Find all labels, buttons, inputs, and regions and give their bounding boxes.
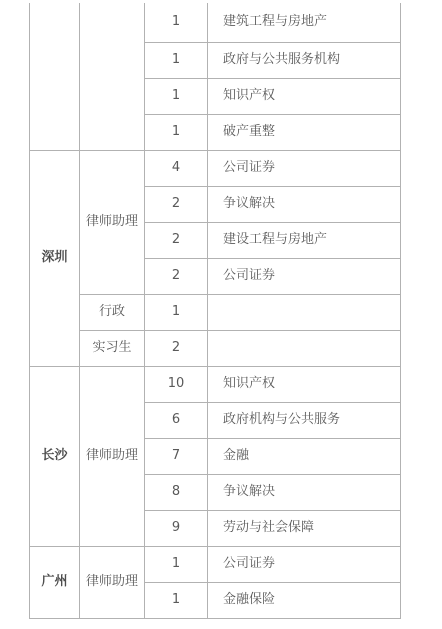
count-cell: 2 xyxy=(145,330,208,366)
count-cell: 1 xyxy=(145,582,208,618)
practice-area-cell: 建设工程与房地产 xyxy=(208,222,401,258)
position-cell: 行政 xyxy=(80,294,145,330)
recruitment-table: 1建筑工程与房地产1政府与公共服务机构1知识产权1破产重整深圳律师助理4公司证券… xyxy=(29,3,401,619)
count-cell: 10 xyxy=(145,366,208,402)
city-cell xyxy=(30,3,80,150)
count-cell: 1 xyxy=(145,78,208,114)
practice-area-cell xyxy=(208,330,401,366)
count-cell: 1 xyxy=(145,42,208,78)
count-cell: 2 xyxy=(145,258,208,294)
table-row: 行政1 xyxy=(30,294,401,330)
count-cell: 2 xyxy=(145,186,208,222)
position-cell: 律师助理 xyxy=(80,150,145,294)
count-cell: 1 xyxy=(145,546,208,582)
table-body: 1建筑工程与房地产1政府与公共服务机构1知识产权1破产重整深圳律师助理4公司证券… xyxy=(30,3,401,618)
count-cell: 1 xyxy=(145,114,208,150)
practice-area-cell: 争议解决 xyxy=(208,186,401,222)
practice-area-cell: 公司证券 xyxy=(208,258,401,294)
count-cell: 6 xyxy=(145,402,208,438)
count-cell: 4 xyxy=(145,150,208,186)
count-cell: 9 xyxy=(145,510,208,546)
position-cell: 律师助理 xyxy=(80,546,145,618)
table-row: 长沙律师助理10知识产权 xyxy=(30,366,401,402)
practice-area-cell: 建筑工程与房地产 xyxy=(208,3,401,42)
count-cell: 1 xyxy=(145,294,208,330)
city-cell: 长沙 xyxy=(30,366,80,546)
practice-area-cell: 知识产权 xyxy=(208,366,401,402)
table-row: 深圳律师助理4公司证券 xyxy=(30,150,401,186)
practice-area-cell: 金融保险 xyxy=(208,582,401,618)
table-row: 1建筑工程与房地产 xyxy=(30,3,401,42)
practice-area-cell: 金融 xyxy=(208,438,401,474)
city-cell: 广州 xyxy=(30,546,80,618)
count-cell: 2 xyxy=(145,222,208,258)
table-row: 实习生2 xyxy=(30,330,401,366)
position-cell: 律师助理 xyxy=(80,366,145,546)
city-cell: 深圳 xyxy=(30,150,80,366)
practice-area-cell: 公司证券 xyxy=(208,150,401,186)
practice-area-cell: 公司证券 xyxy=(208,546,401,582)
practice-area-cell: 破产重整 xyxy=(208,114,401,150)
position-cell xyxy=(80,3,145,150)
practice-area-cell: 政府机构与公共服务 xyxy=(208,402,401,438)
count-cell: 1 xyxy=(145,3,208,42)
practice-area-cell: 政府与公共服务机构 xyxy=(208,42,401,78)
count-cell: 8 xyxy=(145,474,208,510)
practice-area-cell: 知识产权 xyxy=(208,78,401,114)
practice-area-cell: 劳动与社会保障 xyxy=(208,510,401,546)
practice-area-cell xyxy=(208,294,401,330)
table-row: 广州律师助理1公司证券 xyxy=(30,546,401,582)
count-cell: 7 xyxy=(145,438,208,474)
practice-area-cell: 争议解决 xyxy=(208,474,401,510)
position-cell: 实习生 xyxy=(80,330,145,366)
